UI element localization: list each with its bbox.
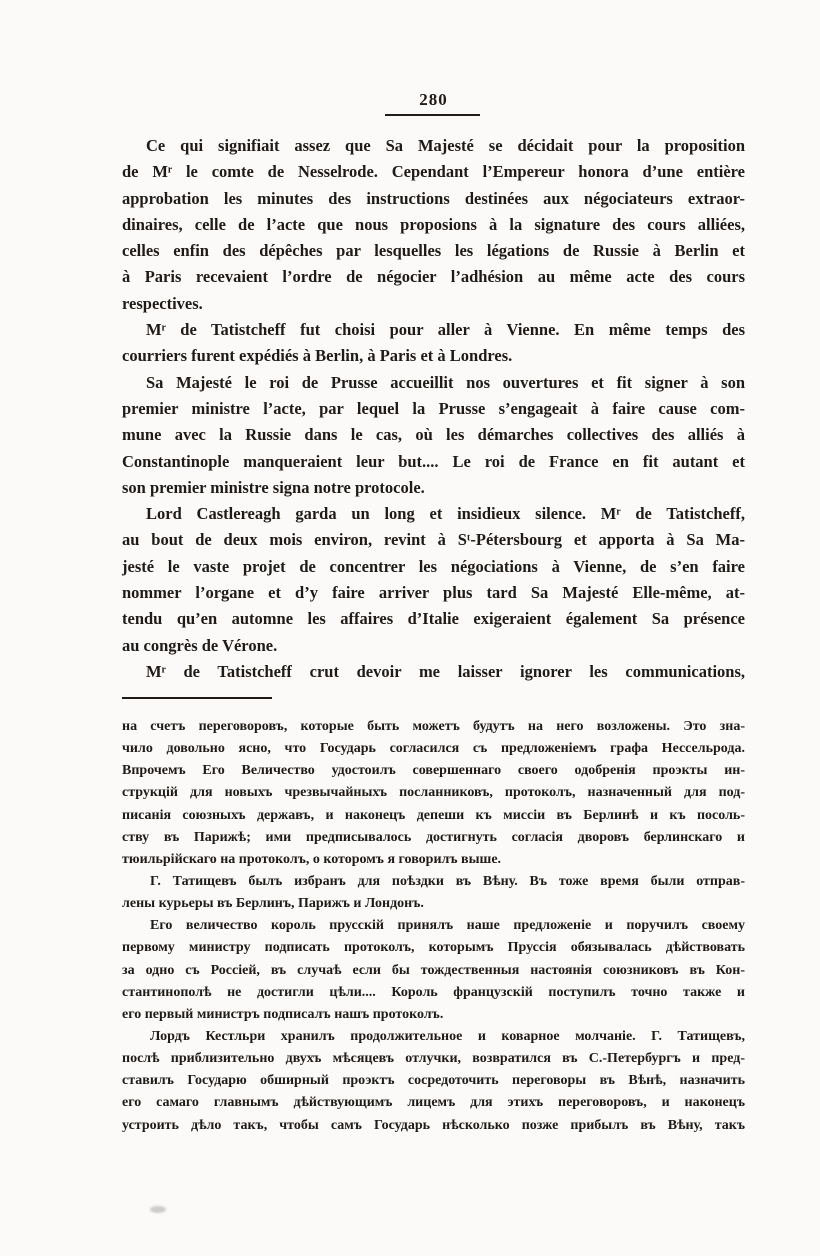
page-header: 280 [122, 90, 745, 110]
text-line: на счетъ переговоровъ, которые быть може… [122, 716, 745, 738]
scanned-book-page: 280 Ce qui signifiait assez que Sa Majes… [0, 0, 820, 1256]
text-line: струкцій для новыхъ чрезвычайныхъ послан… [122, 782, 745, 804]
text-line: писанія союзныхъ державъ, и наконецъ деп… [122, 805, 745, 827]
text-line: Mʳ de Tatistcheff crut devoir me laisser… [122, 659, 745, 685]
text-line: dinaires, celle de l’acte que nous propo… [122, 212, 745, 238]
text-line: ставилъ Государю обширный проэктъ сосред… [122, 1070, 745, 1092]
footnote-text-russian: на счетъ переговоровъ, которые быть може… [122, 716, 745, 1137]
text-line: Sa Majesté le roi de Prusse accueillit n… [122, 370, 745, 396]
print-smudge [150, 1206, 166, 1213]
page-number: 280 [419, 90, 448, 109]
text-line: чило довольно ясно, что Государь согласи… [122, 738, 745, 760]
text-line: approbation les minutes des instructions… [122, 186, 745, 212]
footnote-separator-rule [122, 697, 272, 699]
text-line: ству въ Парижѣ; ими предписывалось дости… [122, 827, 745, 849]
text-line: первому министру подписать протоколъ, ко… [122, 937, 745, 959]
text-line: Впрочемъ Его Величество удостоилъ соверш… [122, 760, 745, 782]
text-line: Его величество король прусскій принялъ н… [122, 915, 745, 937]
text-line: au bout de deux mois environ, revint à S… [122, 527, 745, 553]
text-line: au congrès de Vérone. [122, 633, 745, 659]
text-line: premier ministre l’acte, par lequel la P… [122, 396, 745, 422]
main-text-french: Ce qui signifiait assez que Sa Majesté s… [122, 133, 745, 685]
text-line: Lord Castlereagh garda un long et insidi… [122, 501, 745, 527]
text-line: courriers furent expédiés à Berlin, à Pa… [122, 343, 745, 369]
text-line: jesté le vaste projet de concentrer les … [122, 554, 745, 580]
text-line: mune avec la Russie dans le cas, où les … [122, 422, 745, 448]
text-line: стантинополѣ не достигли цѣли.... Король… [122, 982, 745, 1004]
text-line: тюильрійскаго на протоколъ, о которомъ я… [122, 849, 745, 871]
text-line: Ce qui signifiait assez que Sa Majesté s… [122, 133, 745, 159]
text-line: Лордъ Кестльри хранилъ продолжительное и… [122, 1026, 745, 1048]
text-line: за одно съ Россіей, въ случаѣ если бы то… [122, 960, 745, 982]
text-line: его самаго главнымъ дѣйствующимъ лицемъ … [122, 1092, 745, 1114]
text-line: Г. Татищевъ былъ избранъ для поѣздки въ … [122, 871, 745, 893]
text-line: Constantinople manqueraient leur but....… [122, 449, 745, 475]
text-line: à Paris recevaient l’ordre de négocier l… [122, 264, 745, 290]
text-line: устроить дѣло такъ, чтобы самъ Государь … [122, 1115, 745, 1137]
text-line: tendu qu’en automne les affaires d’Itali… [122, 606, 745, 632]
text-line: celles enfin des dépêches par lesquelles… [122, 238, 745, 264]
text-line: лены курьеры въ Берлинъ, Парижъ и Лондон… [122, 893, 745, 915]
page-number-rule [385, 114, 480, 116]
text-line: son premier ministre signa notre protoco… [122, 475, 745, 501]
text-line: послѣ приблизительно двухъ мѣсяцевъ отлу… [122, 1048, 745, 1070]
text-line: respectives. [122, 291, 745, 317]
text-line: его первый министръ подписалъ нашъ прото… [122, 1004, 745, 1026]
text-line: nommer l’organe et d’y faire arriver plu… [122, 580, 745, 606]
text-line: Mʳ de Tatistcheff fut choisi pour aller … [122, 317, 745, 343]
text-line: de Mʳ le comte de Nesselrode. Cependant … [122, 159, 745, 185]
